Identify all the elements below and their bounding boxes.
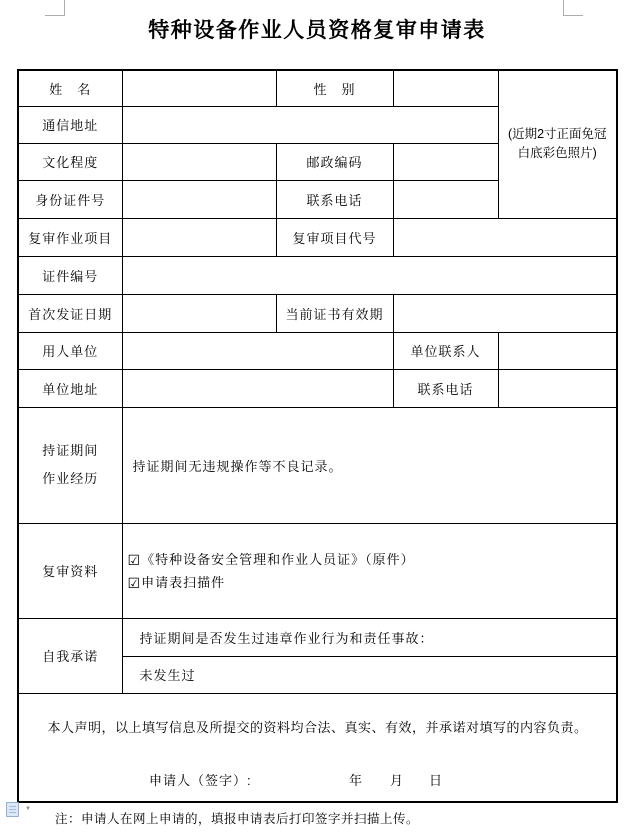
review-materials-label: 复审资料: [18, 523, 122, 618]
application-form-table: 姓 名 性 别 (近期2寸正面免冠白底彩色照片) 通信地址 文化程度 邮政编码 …: [17, 69, 618, 803]
employer-address-input-cell[interactable]: [122, 369, 393, 407]
work-experience-value-cell[interactable]: 持证期间无违规操作等不良记录。: [122, 407, 617, 523]
paste-document-icon: [6, 802, 19, 817]
first-issue-date-label: 首次发证日期: [18, 294, 122, 332]
name-label: 姓 名: [18, 70, 122, 106]
employer-phone-label: 联系电话: [393, 369, 498, 407]
phone-input-cell[interactable]: [393, 180, 498, 218]
checkbox-checked-icon[interactable]: ☑: [128, 549, 141, 572]
current-validity-input-cell[interactable]: [393, 294, 617, 332]
material-item: ☑《特种设备安全管理和作业人员证》（原件）: [128, 548, 617, 571]
material-item-label: 申请表扫描件: [141, 575, 225, 590]
employer-input-cell[interactable]: [122, 332, 393, 369]
gender-input-cell[interactable]: [393, 70, 498, 106]
footnote-text: 注：申请人在网上申请的，填报申请表后打印签字并扫描上传。: [55, 809, 419, 827]
certificate-number-label: 证件编号: [18, 256, 122, 294]
self-commitment-question-cell: 持证期间是否发生过违章作业行为和责任事故：: [122, 618, 617, 656]
address-label: 通信地址: [18, 106, 122, 143]
first-issue-date-input-cell[interactable]: [122, 294, 276, 332]
checkbox-checked-icon[interactable]: ☑: [128, 572, 141, 595]
self-commitment-answer-cell[interactable]: 未发生过: [122, 656, 617, 693]
phone-label: 联系电话: [276, 180, 393, 218]
page-title: 特种设备作业人员资格复审申请表: [0, 14, 634, 44]
material-item: ☑申请表扫描件: [128, 571, 617, 594]
review-item-code-label: 复审项目代号: [276, 218, 393, 256]
id-number-input-cell[interactable]: [122, 180, 276, 218]
work-experience-label-line2: 作业经历: [19, 465, 122, 493]
date-year-label: 年: [349, 770, 363, 789]
address-input-cell[interactable]: [122, 106, 498, 143]
gender-label: 性 别: [276, 70, 393, 106]
postal-code-label: 邮政编码: [276, 143, 393, 180]
education-input-cell[interactable]: [122, 143, 276, 180]
paste-options-button[interactable]: ▼: [6, 802, 36, 820]
review-materials-cell[interactable]: ☑《特种设备安全管理和作业人员证》（原件） ☑申请表扫描件: [122, 523, 617, 618]
review-item-input-cell[interactable]: [122, 218, 276, 256]
date-month-label: 月: [390, 770, 404, 789]
employer-contact-label: 单位联系人: [393, 332, 498, 369]
material-item-label: 《特种设备安全管理和作业人员证》（原件）: [141, 552, 415, 567]
review-item-code-input-cell[interactable]: [393, 218, 617, 256]
employer-contact-input-cell[interactable]: [498, 332, 617, 369]
education-label: 文化程度: [18, 143, 122, 180]
dropdown-arrow-icon[interactable]: ▼: [25, 806, 31, 812]
work-experience-label: 持证期间 作业经历: [18, 407, 122, 523]
signature-line: 申请人（签字）: 年 月 日: [19, 770, 616, 790]
self-commitment-label: 自我承诺: [18, 618, 122, 693]
review-item-label: 复审作业项目: [18, 218, 122, 256]
current-validity-label: 当前证书有效期: [276, 294, 393, 332]
date-day-label: 日: [429, 770, 443, 789]
work-experience-label-line1: 持证期间: [19, 437, 122, 465]
signature-label: 申请人（签字）:: [149, 770, 252, 789]
id-number-label: 身份证件号: [18, 180, 122, 218]
certificate-number-input-cell[interactable]: [122, 256, 617, 294]
postal-code-input-cell[interactable]: [393, 143, 498, 180]
employer-phone-input-cell[interactable]: [498, 369, 617, 407]
declaration-signature-cell: 本人声明，以上填写信息及所提交的资料均合法、真实、有效，并承诺对填写的内容负责。…: [18, 693, 617, 802]
document-page: 特种设备作业人员资格复审申请表 姓 名 性 别 (近期2寸正面免冠白底彩色照片)…: [0, 0, 634, 837]
employer-label: 用人单位: [18, 332, 122, 369]
declaration-text: 本人声明，以上填写信息及所提交的资料均合法、真实、有效，并承诺对填写的内容负责。: [19, 694, 616, 736]
employer-address-label: 单位地址: [18, 369, 122, 407]
photo-placeholder-cell[interactable]: (近期2寸正面免冠白底彩色照片): [498, 70, 617, 218]
name-input-cell[interactable]: [122, 70, 276, 106]
